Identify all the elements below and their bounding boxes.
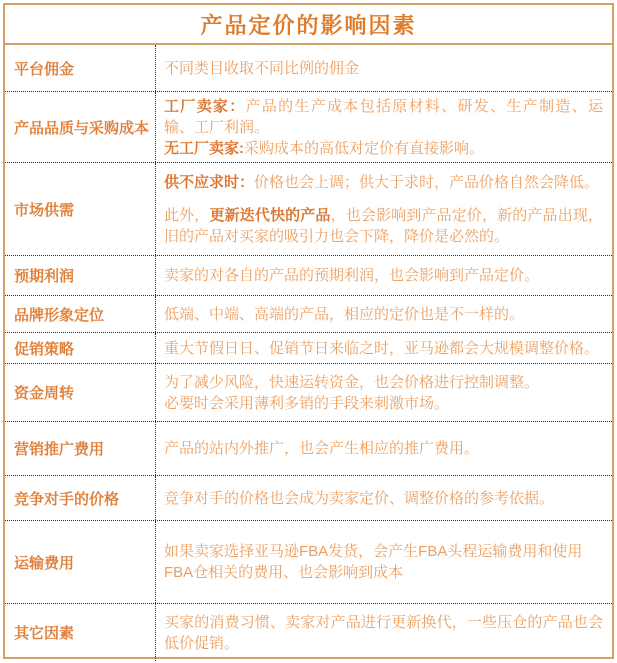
content-paragraph: 不同类目收取不同比例的佣金 bbox=[164, 58, 603, 79]
row-content: 卖家的对各自的产品的预期利润，也会影响到产品定价。 bbox=[156, 256, 612, 295]
row-content: 供不应求时：价格也会上调；供大于求时，产品价格自然会降低。此外，更新迭代快的产品… bbox=[156, 163, 612, 255]
row-label: 产品品质与采购成本 bbox=[5, 92, 156, 162]
row-content: 竞争对手的价格也会成为卖家定价、调整价格的参考依据。 bbox=[156, 476, 612, 520]
text-segment: 重大节假日日、促销节日来临之时，亚马逊都会大规模调整价格。 bbox=[164, 340, 599, 357]
text-segment: FBA仓相关的费用、也会影响到成本 bbox=[164, 564, 403, 581]
content-paragraph: 供不应求时：价格也会上调；供大于求时，产品价格自然会降低。 bbox=[164, 172, 603, 193]
table-row: 平台佣金不同类目收取不同比例的佣金 bbox=[5, 45, 612, 92]
text-segment: 此外， bbox=[164, 207, 209, 224]
row-label: 竞争对手的价格 bbox=[5, 476, 156, 520]
row-label: 品牌形象定位 bbox=[5, 296, 156, 332]
text-segment: 低端、中端、高端的产品，相应的定价也是不一样的。 bbox=[164, 306, 524, 323]
content-paragraph: 重大节假日日、促销节日来临之时，亚马逊都会大规模调整价格。 bbox=[164, 338, 603, 359]
table-title: 产品定价的影响因素 bbox=[5, 5, 612, 45]
bold-text-segment: 工厂卖家： bbox=[164, 98, 246, 115]
table-row: 市场供需供不应求时：价格也会上调；供大于求时，产品价格自然会降低。此外，更新迭代… bbox=[5, 163, 612, 256]
row-label: 平台佣金 bbox=[5, 45, 156, 91]
content-paragraph: 产品的站内外推广，也会产生相应的推广费用。 bbox=[164, 438, 603, 459]
row-label: 营销推广费用 bbox=[5, 422, 156, 475]
content-paragraph: 买家的消费习惯、卖家对产品进行更新换代，一些压仓的产品也会低价促销。 bbox=[164, 612, 603, 654]
text-segment: 采购成本的高低对定价有直接影响。 bbox=[244, 140, 484, 157]
text-segment: 为了减少风险，快速运转资金，也会价格进行控制调整。 bbox=[164, 374, 539, 391]
row-label: 预期利润 bbox=[5, 256, 156, 295]
row-content: 工厂卖家：产品的生产成本包括原材料、研发、生产制造、运 输、工厂利润。无工厂卖家… bbox=[156, 92, 612, 162]
content-paragraph: 如果卖家选择亚马逊FBA发货，会产生FBA头程运输费用和使用 bbox=[164, 541, 603, 562]
row-content: 不同类目收取不同比例的佣金 bbox=[156, 45, 612, 91]
bold-text-segment: 供不应求时： bbox=[164, 174, 254, 191]
text-segment: 产品的站内外推广，也会产生相应的推广费用。 bbox=[164, 440, 479, 457]
content-paragraph: 工厂卖家：产品的生产成本包括原材料、研发、生产制造、运 输、工厂利润。 bbox=[164, 96, 603, 138]
row-content: 重大节假日日、促销节日来临之时，亚马逊都会大规模调整价格。 bbox=[156, 333, 612, 363]
rows-container: 平台佣金不同类目收取不同比例的佣金产品品质与采购成本工厂卖家：产品的生产成本包括… bbox=[5, 45, 612, 661]
row-label: 其它因素 bbox=[5, 604, 156, 661]
table-row: 品牌形象定位低端、中端、高端的产品，相应的定价也是不一样的。 bbox=[5, 296, 612, 333]
row-label: 市场供需 bbox=[5, 163, 156, 255]
text-segment: 竞争对手的价格也会成为卖家定价、调整价格的参考依据。 bbox=[164, 490, 554, 507]
table-row: 资金周转为了减少风险，快速运转资金，也会价格进行控制调整。必要时会采用薄利多销的… bbox=[5, 364, 612, 422]
blank-line bbox=[164, 193, 603, 205]
row-content: 如果卖家选择亚马逊FBA发货，会产生FBA头程运输费用和使用FBA仓相关的费用、… bbox=[156, 521, 612, 603]
content-paragraph: 卖家的对各自的产品的预期利润，也会影响到产品定价。 bbox=[164, 265, 603, 286]
row-label: 资金周转 bbox=[5, 364, 156, 421]
row-content: 产品的站内外推广，也会产生相应的推广费用。 bbox=[156, 422, 612, 475]
text-segment: 买家的消费习惯、卖家对产品进行更新换代，一些压仓的产品也会低价促销。 bbox=[164, 614, 603, 652]
row-label: 促销策略 bbox=[5, 333, 156, 363]
text-segment: 必要时会采用薄利多销的手段来刺激市场。 bbox=[164, 395, 449, 412]
row-content: 低端、中端、高端的产品，相应的定价也是不一样的。 bbox=[156, 296, 612, 332]
text-segment: 如果卖家选择亚马逊FBA发货，会产生FBA头程运输费用和使用 bbox=[164, 543, 582, 560]
text-segment: 不同类目收取不同比例的佣金 bbox=[164, 60, 359, 77]
table-row: 产品品质与采购成本工厂卖家：产品的生产成本包括原材料、研发、生产制造、运 输、工… bbox=[5, 92, 612, 163]
table-row: 运输费用如果卖家选择亚马逊FBA发货，会产生FBA头程运输费用和使用FBA仓相关… bbox=[5, 521, 612, 604]
content-paragraph: 无工厂卖家:采购成本的高低对定价有直接影响。 bbox=[164, 138, 603, 159]
text-segment: 价格也会上调；供大于求时，产品价格自然会降低。 bbox=[254, 174, 599, 191]
content-paragraph: 竞争对手的价格也会成为卖家定价、调整价格的参考依据。 bbox=[164, 488, 603, 509]
table-row: 营销推广费用产品的站内外推广，也会产生相应的推广费用。 bbox=[5, 422, 612, 476]
content-paragraph: 低端、中端、高端的产品，相应的定价也是不一样的。 bbox=[164, 304, 603, 325]
content-paragraph: 此外，更新迭代快的产品，也会影响到产品定价，新的产品出现，旧的产品对买家的吸引力… bbox=[164, 205, 603, 247]
content-paragraph: 必要时会采用薄利多销的手段来刺激市场。 bbox=[164, 393, 603, 414]
content-paragraph: 为了减少风险，快速运转资金，也会价格进行控制调整。 bbox=[164, 372, 603, 393]
row-content: 买家的消费习惯、卖家对产品进行更新换代，一些压仓的产品也会低价促销。 bbox=[156, 604, 612, 661]
table-row: 预期利润卖家的对各自的产品的预期利润，也会影响到产品定价。 bbox=[5, 256, 612, 296]
pricing-factors-table: 产品定价的影响因素 平台佣金不同类目收取不同比例的佣金产品品质与采购成本工厂卖家… bbox=[3, 3, 614, 659]
table-row: 竞争对手的价格竞争对手的价格也会成为卖家定价、调整价格的参考依据。 bbox=[5, 476, 612, 521]
bold-text-segment: 无工厂卖家: bbox=[164, 140, 244, 157]
pricing-factors-page: 产品定价的影响因素 平台佣金不同类目收取不同比例的佣金产品品质与采购成本工厂卖家… bbox=[3, 3, 614, 658]
text-segment: 卖家的对各自的产品的预期利润，也会影响到产品定价。 bbox=[164, 267, 539, 284]
bold-text-segment: 更新迭代快的产品 bbox=[209, 207, 330, 224]
row-content: 为了减少风险，快速运转资金，也会价格进行控制调整。必要时会采用薄利多销的手段来刺… bbox=[156, 364, 612, 421]
table-row: 其它因素买家的消费习惯、卖家对产品进行更新换代，一些压仓的产品也会低价促销。 bbox=[5, 604, 612, 661]
table-row: 促销策略重大节假日日、促销节日来临之时，亚马逊都会大规模调整价格。 bbox=[5, 333, 612, 364]
content-paragraph: FBA仓相关的费用、也会影响到成本 bbox=[164, 562, 603, 583]
row-label: 运输费用 bbox=[5, 521, 156, 603]
